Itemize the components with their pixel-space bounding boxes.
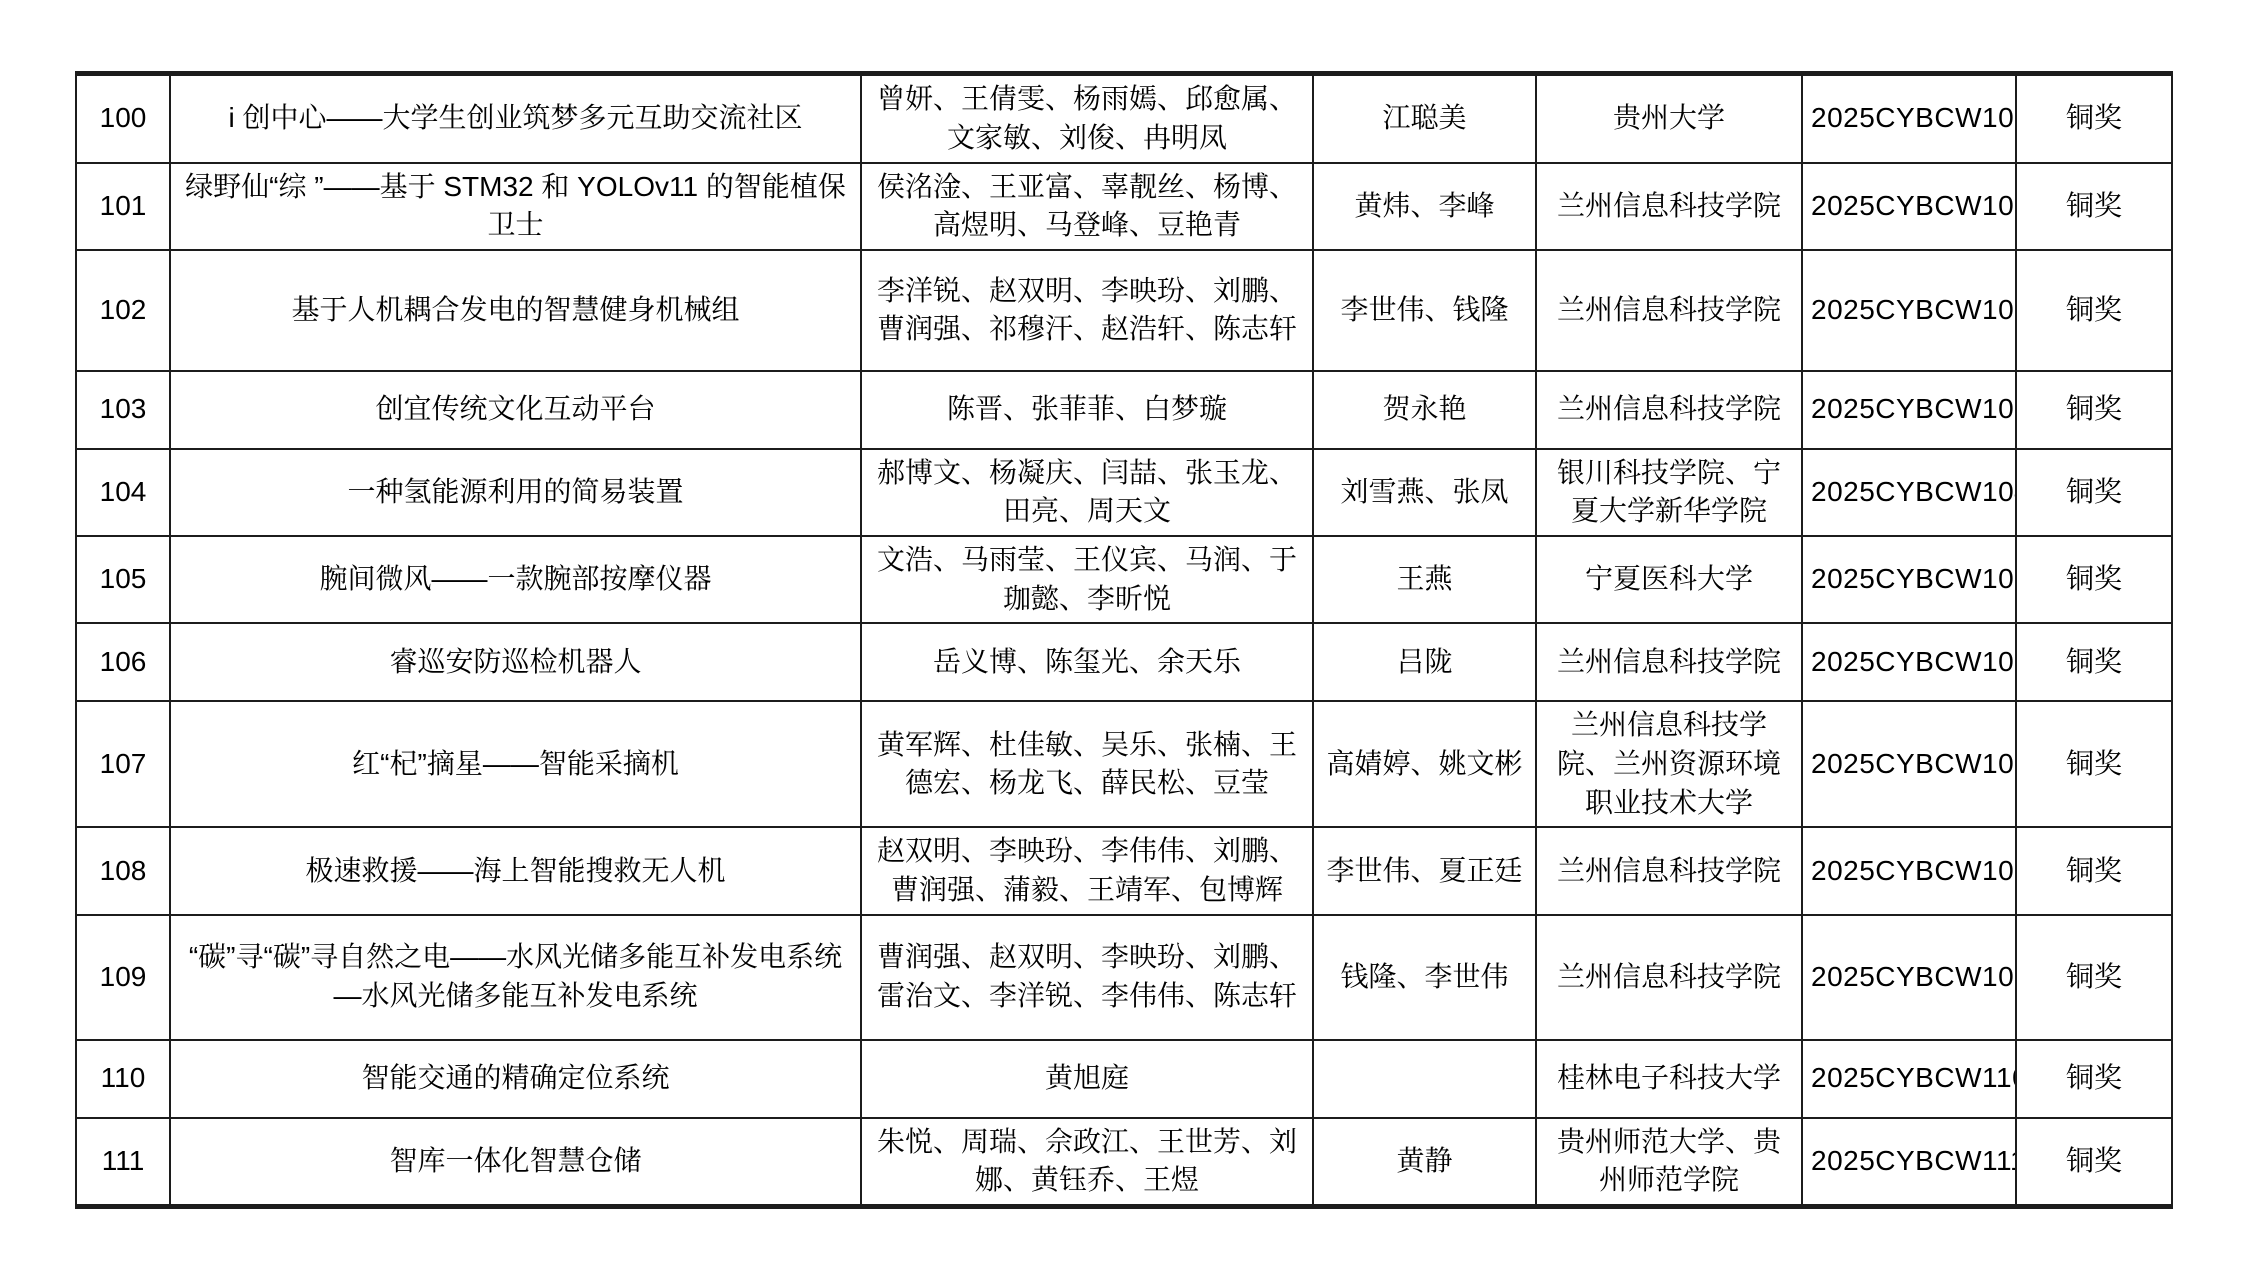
cell-award-level: 铜奖 xyxy=(2016,915,2172,1040)
cell-award-code: 2025CYBCW102 xyxy=(1802,250,2016,371)
table-row: 103 创宜传统文化互动平台 陈晋、张菲菲、白梦璇 贺永艳 兰州信息科技学院 2… xyxy=(76,371,2172,449)
table-row: 109 “碳”寻“碳”寻自然之电——水风光储多能互补发电系统—水风光储多能互补发… xyxy=(76,915,2172,1040)
cell-project-name: 绿野仙“综 ”——基于 STM32 和 YOLOv11 的智能植保卫士 xyxy=(170,163,861,250)
table-row: 108 极速救援——海上智能搜救无人机 赵双明、李映玢、李伟伟、刘鹏、曹润强、蒲… xyxy=(76,827,2172,914)
cell-serial-number: 101 xyxy=(76,163,170,250)
cell-advisor: 高婧婷、姚文彬 xyxy=(1313,701,1536,827)
cell-award-code: 2025CYBCW104 xyxy=(1802,449,2016,536)
table-row: 105 腕间微风——一款腕部按摩仪器 文浩、马雨莹、王仪宾、马润、于珈懿、李昕悦… xyxy=(76,536,2172,623)
cell-award-level: 铜奖 xyxy=(2016,827,2172,914)
table-row: 100 i 创中心——大学生创业筑梦多元互助交流社区 曾妍、王倩雯、杨雨嫣、邱愈… xyxy=(76,74,2172,163)
cell-advisor: 黄炜、李峰 xyxy=(1313,163,1536,250)
cell-project-name: 创宜传统文化互动平台 xyxy=(170,371,861,449)
cell-school: 贵州师范大学、贵州师范学院 xyxy=(1536,1118,1802,1207)
cell-advisor: 黄静 xyxy=(1313,1118,1536,1207)
cell-award-level: 铜奖 xyxy=(2016,701,2172,827)
cell-team-members: 曹润强、赵双明、李映玢、刘鹏、雷治文、李洋锐、李伟伟、陈志轩 xyxy=(861,915,1313,1040)
cell-serial-number: 110 xyxy=(76,1040,170,1118)
cell-school: 兰州信息科技学院 xyxy=(1536,163,1802,250)
cell-school: 兰州信息科技学院、兰州资源环境职业技术大学 xyxy=(1536,701,1802,827)
cell-team-members: 李洋锐、赵双明、李映玢、刘鹏、曹润强、祁穆汗、赵浩轩、陈志轩 xyxy=(861,250,1313,371)
cell-school: 贵州大学 xyxy=(1536,74,1802,163)
cell-serial-number: 107 xyxy=(76,701,170,827)
document-page: 100 i 创中心——大学生创业筑梦多元互助交流社区 曾妍、王倩雯、杨雨嫣、邱愈… xyxy=(0,0,2246,1264)
cell-school: 兰州信息科技学院 xyxy=(1536,623,1802,701)
cell-advisor: 王燕 xyxy=(1313,536,1536,623)
cell-advisor: 钱隆、李世伟 xyxy=(1313,915,1536,1040)
cell-serial-number: 109 xyxy=(76,915,170,1040)
cell-advisor: 李世伟、夏正廷 xyxy=(1313,827,1536,914)
cell-award-code: 2025CYBCW108 xyxy=(1802,827,2016,914)
cell-award-code: 2025CYBCW105 xyxy=(1802,536,2016,623)
cell-school: 兰州信息科技学院 xyxy=(1536,371,1802,449)
table-row: 111 智库一体化智慧仓储 朱悦、周瑞、佘政江、王世芳、刘娜、黄钰乔、王煜 黄静… xyxy=(76,1118,2172,1207)
cell-project-name: 智能交通的精确定位系统 xyxy=(170,1040,861,1118)
awards-table: 100 i 创中心——大学生创业筑梦多元互助交流社区 曾妍、王倩雯、杨雨嫣、邱愈… xyxy=(75,71,2173,1209)
cell-project-name: 一种氢能源利用的简易装置 xyxy=(170,449,861,536)
cell-advisor: 贺永艳 xyxy=(1313,371,1536,449)
cell-project-name: 智库一体化智慧仓储 xyxy=(170,1118,861,1207)
cell-award-level: 铜奖 xyxy=(2016,1040,2172,1118)
cell-award-level: 铜奖 xyxy=(2016,250,2172,371)
cell-team-members: 赵双明、李映玢、李伟伟、刘鹏、曹润强、蒲毅、王靖军、包博辉 xyxy=(861,827,1313,914)
cell-team-members: 陈晋、张菲菲、白梦璇 xyxy=(861,371,1313,449)
cell-award-code: 2025CYBCW111 xyxy=(1802,1118,2016,1207)
table-row: 104 一种氢能源利用的简易装置 郝博文、杨凝庆、闫喆、张玉龙、田亮、周天文 刘… xyxy=(76,449,2172,536)
cell-school: 兰州信息科技学院 xyxy=(1536,915,1802,1040)
cell-team-members: 文浩、马雨莹、王仪宾、马润、于珈懿、李昕悦 xyxy=(861,536,1313,623)
cell-project-name: 腕间微风——一款腕部按摩仪器 xyxy=(170,536,861,623)
table-row: 102 基于人机耦合发电的智慧健身机械组 李洋锐、赵双明、李映玢、刘鹏、曹润强、… xyxy=(76,250,2172,371)
cell-team-members: 侯洺淦、王亚富、辜靓丝、杨博、高煜明、马登峰、豆艳青 xyxy=(861,163,1313,250)
cell-school: 桂林电子科技大学 xyxy=(1536,1040,1802,1118)
cell-team-members: 岳义博、陈玺光、余天乐 xyxy=(861,623,1313,701)
cell-award-code: 2025CYBCW101 xyxy=(1802,163,2016,250)
cell-team-members: 朱悦、周瑞、佘政江、王世芳、刘娜、黄钰乔、王煜 xyxy=(861,1118,1313,1207)
table-row: 101 绿野仙“综 ”——基于 STM32 和 YOLOv11 的智能植保卫士 … xyxy=(76,163,2172,250)
cell-award-level: 铜奖 xyxy=(2016,449,2172,536)
cell-serial-number: 104 xyxy=(76,449,170,536)
cell-team-members: 黄军辉、杜佳敏、吴乐、张楠、王德宏、杨龙飞、薛民松、豆莹 xyxy=(861,701,1313,827)
cell-project-name: “碳”寻“碳”寻自然之电——水风光储多能互补发电系统—水风光储多能互补发电系统 xyxy=(170,915,861,1040)
cell-project-name: i 创中心——大学生创业筑梦多元互助交流社区 xyxy=(170,74,861,163)
cell-project-name: 睿巡安防巡检机器人 xyxy=(170,623,861,701)
cell-project-name: 基于人机耦合发电的智慧健身机械组 xyxy=(170,250,861,371)
cell-advisor: 刘雪燕、张凤 xyxy=(1313,449,1536,536)
cell-award-code: 2025CYBCW100 xyxy=(1802,74,2016,163)
cell-award-level: 铜奖 xyxy=(2016,536,2172,623)
cell-award-level: 铜奖 xyxy=(2016,163,2172,250)
cell-advisor: 李世伟、钱隆 xyxy=(1313,250,1536,371)
cell-award-level: 铜奖 xyxy=(2016,623,2172,701)
cell-serial-number: 111 xyxy=(76,1118,170,1207)
cell-award-code: 2025CYBCW106 xyxy=(1802,623,2016,701)
cell-serial-number: 100 xyxy=(76,74,170,163)
cell-award-code: 2025CYBCW103 xyxy=(1802,371,2016,449)
table-row: 106 睿巡安防巡检机器人 岳义博、陈玺光、余天乐 吕陇 兰州信息科技学院 20… xyxy=(76,623,2172,701)
cell-team-members: 黄旭庭 xyxy=(861,1040,1313,1118)
table-row: 110 智能交通的精确定位系统 黄旭庭 桂林电子科技大学 2025CYBCW11… xyxy=(76,1040,2172,1118)
cell-award-code: 2025CYBCW109 xyxy=(1802,915,2016,1040)
cell-award-level: 铜奖 xyxy=(2016,1118,2172,1207)
cell-award-level: 铜奖 xyxy=(2016,371,2172,449)
cell-school: 兰州信息科技学院 xyxy=(1536,250,1802,371)
cell-serial-number: 108 xyxy=(76,827,170,914)
cell-school: 银川科技学院、宁夏大学新华学院 xyxy=(1536,449,1802,536)
cell-team-members: 曾妍、王倩雯、杨雨嫣、邱愈属、文家敏、刘俊、冉明凤 xyxy=(861,74,1313,163)
cell-award-level: 铜奖 xyxy=(2016,74,2172,163)
cell-project-name: 红“杞”摘星——智能采摘机 xyxy=(170,701,861,827)
cell-award-code: 2025CYBCW107 xyxy=(1802,701,2016,827)
cell-advisor: 江聪美 xyxy=(1313,74,1536,163)
cell-school: 兰州信息科技学院 xyxy=(1536,827,1802,914)
cell-serial-number: 103 xyxy=(76,371,170,449)
cell-serial-number: 106 xyxy=(76,623,170,701)
cell-advisor: 吕陇 xyxy=(1313,623,1536,701)
cell-team-members: 郝博文、杨凝庆、闫喆、张玉龙、田亮、周天文 xyxy=(861,449,1313,536)
cell-advisor xyxy=(1313,1040,1536,1118)
table-row: 107 红“杞”摘星——智能采摘机 黄军辉、杜佳敏、吴乐、张楠、王德宏、杨龙飞、… xyxy=(76,701,2172,827)
cell-serial-number: 105 xyxy=(76,536,170,623)
cell-award-code: 2025CYBCW110 xyxy=(1802,1040,2016,1118)
cell-serial-number: 102 xyxy=(76,250,170,371)
cell-project-name: 极速救援——海上智能搜救无人机 xyxy=(170,827,861,914)
cell-school: 宁夏医科大学 xyxy=(1536,536,1802,623)
